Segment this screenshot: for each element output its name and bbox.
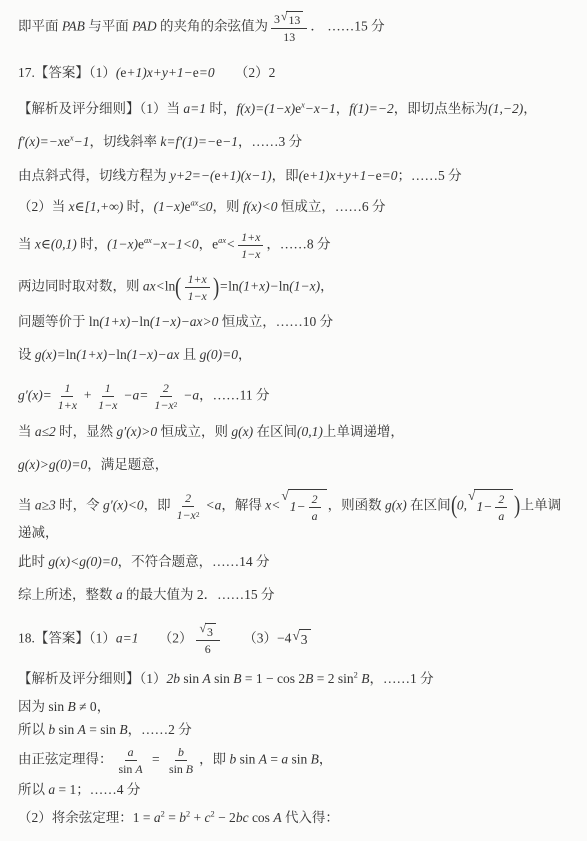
text-run: 时， [123, 199, 153, 214]
superscript: ax [144, 236, 152, 245]
math-variable-run: <a [206, 498, 222, 513]
math-variable-run: x∈[1,+∞) [69, 199, 124, 214]
math-roman-run: sin [55, 722, 78, 737]
math-variable-run: b [179, 810, 186, 825]
math-variable-run: =0 [199, 65, 215, 80]
fraction-numerator: 2 [182, 491, 194, 507]
fraction-numerator: 3√13 [271, 11, 307, 29]
fraction-numerator: 2 [160, 381, 172, 397]
math-variable-run: B [119, 722, 127, 737]
superscript: 2 [174, 401, 178, 408]
document-line: 设 g(x)=ln(1+x)−ln(1−x)−ax 且 g(0)=0， [18, 346, 573, 364]
text-run: ，解得 [221, 498, 265, 513]
math-roman-run: 6 [205, 642, 211, 656]
math-variable-run: A [135, 762, 142, 776]
math-roman-run: = 1 [55, 782, 76, 797]
text-run: ， [238, 347, 252, 362]
text-run: 所以 [18, 722, 48, 737]
math-roman-run: ln [279, 279, 290, 294]
fraction-denominator: 1−x [95, 397, 120, 412]
text-run: 即平面 [18, 19, 62, 34]
math-variable-run: ax [218, 236, 226, 245]
math-variable-run: g′(x)>0 [117, 424, 158, 439]
document-line: 当 a≤2 时，显然 g′(x)>0 恒成立，则 g(x) 在区间(0,1)上单… [18, 423, 573, 441]
math-variable-run: 0, [457, 498, 467, 513]
math-roman-run: 2 [174, 400, 178, 409]
math-variable-run: +1)(x−1) [220, 168, 271, 183]
fraction-denominator: 1−x2 [151, 397, 180, 412]
math-variable-run: (1+x)− [239, 279, 279, 294]
fraction: bsin B [166, 745, 196, 776]
math-variable-run: g′(x)= [18, 387, 52, 402]
math-variable-run: B [358, 671, 370, 686]
math-variable-run: a≤2 [35, 424, 56, 439]
math-variable-run: B [233, 671, 241, 686]
math-variable-run: (1−x) [289, 279, 320, 294]
math-variable-run: f(x)=(1−x) [236, 101, 295, 116]
radicand: 3 [299, 629, 311, 649]
document-line: 由正弦定理得：asin A = bsin B，即 b sin A = a sin… [18, 744, 573, 777]
math-variable-run: (1,−2) [488, 101, 523, 116]
text-run: 由点斜式得，切线方程为 [18, 168, 170, 183]
text-run: ， [319, 752, 333, 767]
math-roman-run: = sin [86, 722, 120, 737]
fraction-denominator: a [495, 508, 507, 523]
text-run: 的最大值为 2．……15 分 [123, 587, 275, 602]
math-variable-run: a [312, 509, 318, 523]
fraction-numerator: 1 [61, 381, 73, 397]
text-run: 时，令 [56, 498, 103, 513]
math-variable-run: f(x)<0 [243, 199, 278, 214]
radicand: 13 [286, 11, 303, 27]
text-run: 且 [179, 347, 199, 362]
text-run: ， [199, 237, 213, 252]
fraction: 21−x2 [151, 381, 180, 412]
text-run: ，则函数 [328, 498, 385, 513]
text-run: ，……1 分 [369, 671, 433, 686]
math-variable-run: 1+x [58, 398, 77, 412]
fraction-numerator: a [125, 745, 137, 761]
text-run: 因为 [18, 699, 48, 714]
document-line: f′(x)=−xex−1，切线斜率 k=f′(1)=−e−1，……3 分 [18, 133, 573, 151]
text-run: 当 [18, 498, 35, 513]
math-variable-run: 1−x [241, 247, 260, 261]
text-run: 在区间 [407, 498, 451, 513]
math-variable-run: 1+x [188, 272, 207, 286]
fraction-denominator: 1−x2 [174, 507, 203, 522]
document-line: 由点斜式得，切线方程为 y+2=−(e+1)(x−1)，即(e+1)x+y+1−… [18, 167, 573, 185]
math-variable-run: 2 [185, 491, 191, 505]
math-variable-run: (0,1) [297, 424, 323, 439]
math-roman-run: = [267, 752, 281, 767]
fraction-denominator: sin A [116, 761, 146, 776]
math-variable-run: a≥3 [35, 498, 56, 513]
math-variable-run: = [219, 279, 228, 294]
math-variable-run: g(x)>g(0)=0 [18, 457, 87, 472]
document-line: 因为 sin B ≠ 0， [18, 698, 573, 716]
text-run: 【解析及评分细则】（1）当 [18, 101, 183, 116]
fraction-denominator: 1+x [55, 397, 80, 412]
text-run: 当 [18, 237, 35, 252]
text-run: ，切线斜率 [90, 134, 161, 149]
text-run: ；……4 分 [76, 782, 140, 797]
text-run: ，……11 分 [199, 387, 269, 402]
math-variable-run: b [178, 745, 184, 759]
fraction-numerator: b [175, 745, 187, 761]
math-variable-run: g(x)<g(0)=0 [48, 554, 117, 569]
square-root: √1−2a [468, 489, 513, 524]
fraction-denominator: 6 [202, 641, 214, 656]
text-run: ；……5 分 [397, 168, 461, 183]
text-run: 所以 [18, 782, 48, 797]
math-variable-run: 2 [498, 492, 504, 506]
math-variable-run: PAD [132, 19, 157, 34]
math-variable-run: +1)x+y+1− [309, 168, 375, 183]
fraction-denominator: a [309, 508, 321, 523]
math-variable-run: =0 [382, 168, 398, 183]
text-run: 的夹角的余弦值为 [157, 19, 268, 34]
math-roman-run: ln [66, 347, 77, 362]
square-root: √13 [281, 11, 303, 27]
math-roman-run: − 2 [215, 810, 236, 825]
text-run: ，即 [144, 498, 171, 513]
text-run: 恒成立，……10 分 [218, 314, 333, 329]
text-run: 时， [77, 237, 107, 252]
document-line: （2）将余弦定理：1 = a2 = b2 + c2 − 2bc cos A 代入… [18, 809, 573, 827]
math-variable-run: B [311, 752, 319, 767]
fraction: 11−x [95, 381, 120, 412]
text-run: ，即切点坐标为 [394, 101, 489, 116]
document-line: g(x)>g(0)=0，满足题意， [18, 456, 573, 474]
document-line: 综上所述，整数 a 的最大值为 2．……15 分 [18, 586, 573, 604]
math-roman-run: = [165, 810, 179, 825]
math-variable-run: (1−x) [154, 199, 185, 214]
superscript: ax [218, 236, 226, 245]
document-line: 【解析及评分细则】（1）2b sin A sin B = 1 − cos 2B … [18, 670, 573, 688]
math-variable-run: a=1 [116, 630, 139, 645]
text-run: ，……2 分 [128, 722, 192, 737]
math-roman-run: sin [180, 671, 203, 686]
radicand: 1−2a [474, 489, 513, 524]
math-variable-run: bc [236, 810, 249, 825]
math-variable-run: −x−1<0 [152, 237, 199, 252]
math-roman-run: sin [236, 752, 259, 767]
text-run: ， [523, 101, 537, 116]
math-roman-run: ln [228, 279, 239, 294]
math-variable-run: < [226, 237, 235, 252]
math-variable-run: (1−x) [107, 237, 138, 252]
math-variable-run: y+2=−( [170, 168, 215, 183]
document-line: 即平面 PAB 与平面 PAD 的夹角的余弦值为3√1313． ……15 分 [18, 10, 573, 45]
math-variable-run: 2 [312, 492, 318, 506]
text-run: ， [320, 279, 334, 294]
fraction-denominator: sin B [166, 761, 196, 776]
text-run: ， [336, 101, 350, 116]
document-line: 两边同时取对数，则 ax<ln(1+x1−x)=ln(1+x)−ln(1−x)， [18, 271, 573, 304]
math-variable-run: A [273, 810, 281, 825]
math-variable-run: g′(x)<0 [103, 498, 144, 513]
math-variable-run: A [78, 722, 86, 737]
math-variable-run: −x−1 [305, 101, 336, 116]
math-variable-run: −a= [123, 387, 148, 402]
math-variable-run: f′(x)=−x [18, 134, 64, 149]
math-variable-run: x< [265, 498, 280, 513]
text-run: ，即 [272, 168, 299, 183]
math-variable-run: a [116, 587, 123, 602]
fraction-numerator: √3 [196, 623, 220, 641]
math-roman-run: cos [249, 810, 274, 825]
math-roman-run: 2 [196, 510, 200, 519]
fraction: 3√1313 [271, 11, 307, 44]
text-run: 与平面 [85, 19, 132, 34]
math-variable-run: k=f′(1)=− [160, 134, 216, 149]
math-variable-run: g(x) [385, 498, 407, 513]
math-roman-run: sin [288, 752, 311, 767]
math-variable-run: a [154, 810, 161, 825]
document-line: （2）当 x∈[1,+∞) 时，(1−x)eax≤0，则 f(x)<0 恒成立，… [18, 198, 573, 216]
math-roman-run: = 2 sin [313, 671, 353, 686]
math-roman-run: sin [211, 671, 234, 686]
text-run: 代入得： [282, 810, 339, 825]
fraction-denominator: 1−x [238, 246, 263, 261]
fraction: asin A [116, 745, 146, 776]
fraction: 21−x2 [174, 491, 203, 522]
text-run: 此时 [18, 554, 48, 569]
text-run: 由正弦定理得： [18, 752, 113, 767]
math-roman-run: ln [89, 314, 100, 329]
math-variable-run: B [186, 762, 193, 776]
math-variable-run: PAB [62, 19, 85, 34]
math-roman-run: −4 [277, 630, 291, 645]
math-variable-run: 1− [476, 498, 492, 516]
math-roman-run: ln [116, 347, 127, 362]
math-variable-run: g(x) [231, 424, 253, 439]
text-run: ，即 [199, 752, 229, 767]
fraction-denominator: 13 [280, 29, 298, 44]
text-run: 综上所述，整数 [18, 587, 116, 602]
math-variable-run: 1−x [154, 398, 173, 412]
text-run: 在区间 [253, 424, 297, 439]
square-root: √3 [200, 623, 216, 639]
fraction: 1+x1−x [238, 230, 263, 261]
fraction-numerator: 2 [495, 492, 507, 508]
fraction-numerator: 1+x [238, 230, 263, 246]
text-run: 恒成立，则 [157, 424, 231, 439]
math-roman-run: ln [139, 314, 150, 329]
math-variable-run: B [68, 699, 76, 714]
math-variable-run: 1+x [241, 230, 260, 244]
text-run: 时， [206, 101, 236, 116]
math-variable-run: + [83, 387, 92, 402]
document-line: 17.【答案】（1）(e+1)x+y+1−e=0 （2）2 [18, 64, 573, 82]
math-roman-run: 13 [288, 13, 300, 27]
text-run: 17.【答案】（1） [18, 65, 116, 80]
math-variable-run: ≤0 [198, 199, 212, 214]
text-run: ， [97, 699, 111, 714]
text-run: （2）当 [18, 199, 69, 214]
text-run: 时，显然 [56, 424, 117, 439]
math-variable-run: g(x)= [35, 347, 66, 362]
math-roman-run: sin [48, 699, 67, 714]
text-run: 问题等价于 [18, 314, 89, 329]
math-variable-run: g(0)=0 [200, 347, 238, 362]
math-variable-run: a [128, 745, 134, 759]
fraction: √36 [196, 623, 220, 656]
math-roman-run: ln [165, 279, 176, 294]
math-variable-run: 2b [167, 671, 181, 686]
math-variable-run: a [498, 509, 504, 523]
text-run: ，……8 分 [266, 237, 330, 252]
document-line: 问题等价于 ln(1+x)−ln(1−x)−ax>0 恒成立，……10 分 [18, 313, 573, 331]
math-variable-run: (1−x)−ax [127, 347, 180, 362]
radicand: 3 [205, 623, 216, 639]
math-variable-run: ax [144, 236, 152, 245]
text-run: （3） [223, 630, 277, 645]
text-run: （2）2 [215, 65, 276, 80]
text-run: ． ……15 分 [310, 19, 384, 34]
math-roman-run: + [190, 810, 204, 825]
math-variable-run: 1−x [98, 398, 117, 412]
math-variable-run: A [203, 671, 211, 686]
document-line: 此时 g(x)<g(0)=0，不符合题意，……14 分 [18, 553, 573, 571]
document-line: 【解析及评分细则】（1）当 a=1 时，f(x)=(1−x)ex−x−1，f(1… [18, 100, 573, 118]
text-run: ，则 [213, 199, 243, 214]
math-variable-run: 1 [105, 381, 111, 395]
math-variable-run: A [259, 752, 267, 767]
text-run: 恒成立，……6 分 [277, 199, 385, 214]
math-variable-run: a=1 [183, 101, 206, 116]
math-variable-run: −a [183, 387, 199, 402]
math-roman-run: = [149, 752, 163, 767]
math-variable-run: (1+x)− [76, 347, 116, 362]
fraction-numerator: 2 [309, 492, 321, 508]
math-roman-run: ≠ 0 [76, 699, 97, 714]
math-roman-run: 3 [301, 631, 308, 649]
math-variable-run: 1 [64, 381, 70, 395]
math-roman-run: 13 [283, 30, 295, 44]
fraction-denominator: 1−x [185, 288, 210, 303]
math-variable-run: (1+x)− [99, 314, 139, 329]
text-run: ，满足题意， [87, 457, 168, 472]
text-run: 上单调递增， [323, 424, 404, 439]
math-variable-run: −1 [222, 134, 238, 149]
document-line: 18.【答案】（1）a=1 （2）√36 （3）−4√3 [18, 622, 573, 657]
math-roman-run: 3 [274, 12, 280, 26]
text-run: 18.【答案】（1） [18, 630, 116, 645]
math-variable-run: 1−x [188, 289, 207, 303]
text-run: 【解析及评分细则】（1） [18, 671, 167, 686]
text-run: 两边同时取对数，则 [18, 279, 143, 294]
document-line: 所以 a = 1；……4 分 [18, 781, 573, 799]
math-variable-run: f(1)=−2 [349, 101, 393, 116]
math-variable-run: 1− [290, 498, 306, 516]
document-line: 所以 b sin A = sin B，……2 分 [18, 721, 573, 739]
math-roman-run: sin [119, 762, 136, 776]
math-variable-run: x∈(0,1) [35, 237, 77, 252]
math-variable-run: 2 [163, 381, 169, 395]
fraction: 2a [495, 492, 507, 523]
text-run: （2） [139, 630, 193, 645]
superscript: 2 [196, 511, 200, 518]
math-roman-run: 1 = [133, 810, 154, 825]
text-run: （2）将余弦定理： [18, 810, 133, 825]
math-variable-run: +1)x+y+1− [126, 65, 192, 80]
document-line: g′(x)=11+x+11−x−a=21−x2−a，……11 分 [18, 380, 573, 413]
document-line: 当 a≥3 时，令 g′(x)<0，即21−x2<a，解得 x<√1−2a，则函… [18, 489, 573, 542]
fraction-numerator: 1+x [185, 272, 210, 288]
document-page: 即平面 PAB 与平面 PAD 的夹角的余弦值为3√1313． ……15 分17… [0, 0, 587, 841]
math-variable-run: −1 [74, 134, 90, 149]
radicand: 1−2a [288, 489, 327, 524]
math-roman-run: = 1 − cos 2 [242, 671, 306, 686]
math-variable-run: (1−x)−ax>0 [150, 314, 219, 329]
text-run: ，……3 分 [238, 134, 302, 149]
math-variable-run: 1−x [177, 508, 196, 522]
math-variable-run: ax< [143, 279, 165, 294]
fraction: 11+x [55, 381, 80, 412]
document-line: 当 x∈(0,1) 时，(1−x)eax−x−1<0，eax<1+x1−x，……… [18, 229, 573, 262]
square-root: √3 [292, 629, 310, 649]
math-roman-run: sin [169, 762, 186, 776]
math-roman-run: 3 [207, 625, 213, 639]
square-root: √1−2a [281, 489, 326, 524]
text-run: ，不符合题意，……14 分 [118, 554, 270, 569]
fraction: 2a [309, 492, 321, 523]
text-run: 设 [18, 347, 35, 362]
fraction: 1+x1−x [185, 272, 210, 303]
fraction-numerator: 1 [102, 381, 114, 397]
text-run: 当 [18, 424, 35, 439]
